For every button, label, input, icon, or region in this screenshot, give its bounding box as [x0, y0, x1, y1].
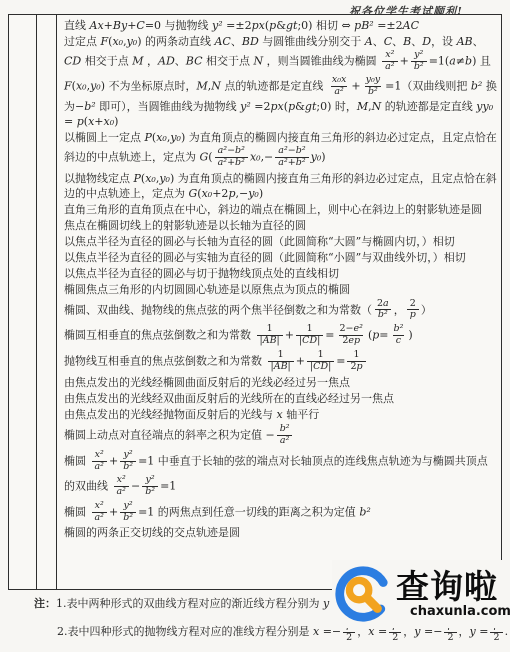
table-row: 由焦点发出的光线经抛物面反射后的光线与 x 轴平行: [64, 407, 497, 422]
logo-domain: chaxunla.com: [410, 605, 510, 618]
table-row: 以焦点半径为直径的圆必与实轴为直径的圆（此圆简称“小圆”与双曲线外切，）相切: [64, 250, 497, 265]
table-row: 椭圆互相垂直的焦点弦倒数之和为常数 1|AB|+1|CD|=2−e²2ep(p=…: [64, 323, 497, 348]
table-row: 过定点 F(x₀,y₀) 的两条动直线 AC、BD 与圆锥曲线分别交于 A、C、…: [64, 34, 497, 129]
table-row: 以椭圆上一定点 P(x₀,y₀) 为直角顶点的椭圆内接直角三角形的斜边必过定点，…: [64, 130, 497, 170]
logo-name: 查询啦: [396, 570, 498, 605]
note-text: 1.表中两种形式的双曲线方程对应的渐近线方程分别为 y =: [56, 597, 342, 610]
table-empty-column-1: [9, 15, 37, 589]
table-row: 直线 Ax+By+C=0 与抛物线 y² =±2px(p&gt;0) 相切 ⇔ …: [64, 18, 497, 33]
table-row: 椭圆焦点三角形的内切圆圆心轨迹是以原焦点为顶点的椭圆: [64, 282, 497, 297]
magnifier-q-icon: [332, 562, 394, 626]
table-row: 以焦点半径为直径的圆必与长轴为直径的圆（此圆简称“大圆”与椭圆内切，）相切: [64, 234, 497, 249]
table-row: 由焦点发出的光线经双曲面反射后的光线所在的直线必经过另一焦点: [64, 391, 497, 406]
table-row: 由焦点发出的光线经椭圆曲面反射后的光线必经过另一焦点: [64, 375, 497, 390]
table-empty-column-2: [37, 15, 57, 589]
logo-text: 查询啦 chaxunla.com: [396, 570, 510, 619]
chaxunla-logo[interactable]: 查询啦 chaxunla.com: [332, 560, 508, 628]
table-row: 以抛物线定点 P(x₀,y₀) 为直角顶点的椭圆内接直角三角形的斜边必过定点，且…: [64, 171, 497, 201]
table-row: 椭圆的两条正交切线的交点轨迹是圆: [64, 525, 497, 540]
table-row: 椭圆、双曲线、抛物线的焦点弦的两个焦半径倒数之和为常数（2ab²，2p）: [64, 298, 497, 323]
table-row: 抛物线互相垂直的焦点弦倒数之和为常数 1|AB|+1|CD|=12p: [64, 349, 497, 374]
table-row: 以焦点半径为直径的圆必与切于抛物线顶点处的直线相切: [64, 266, 497, 281]
formula-table-body: 直线 Ax+By+C=0 与抛物线 y² =±2px(p&gt;0) 相切 ⇔ …: [57, 15, 501, 589]
table-row: 椭圆 x²a²+y²b²=1 的两焦点到任意一切线的距离之积为定值 b²: [64, 500, 497, 525]
notes-label: 注：: [34, 597, 56, 610]
table-row: 焦点在椭圆切线上的射影轨迹是以长轴为直径的圆: [64, 218, 497, 233]
table-row: 椭圆 x²a²+y²b²=1 中垂直于长轴的弦的端点对长轴顶点的连线焦点轨迹为与…: [64, 449, 497, 499]
table-row: 直角三角形的直角顶点在中心，斜边的端点在椭圆上，则中心在斜边上的射影轨迹是圆: [64, 202, 497, 217]
formula-table: 直线 Ax+By+C=0 与抛物线 y² =±2px(p&gt;0) 相切 ⇔ …: [8, 14, 502, 590]
table-row: 椭圆上动点对直径端点的斜率之积为定值 −b²a²: [64, 423, 497, 448]
